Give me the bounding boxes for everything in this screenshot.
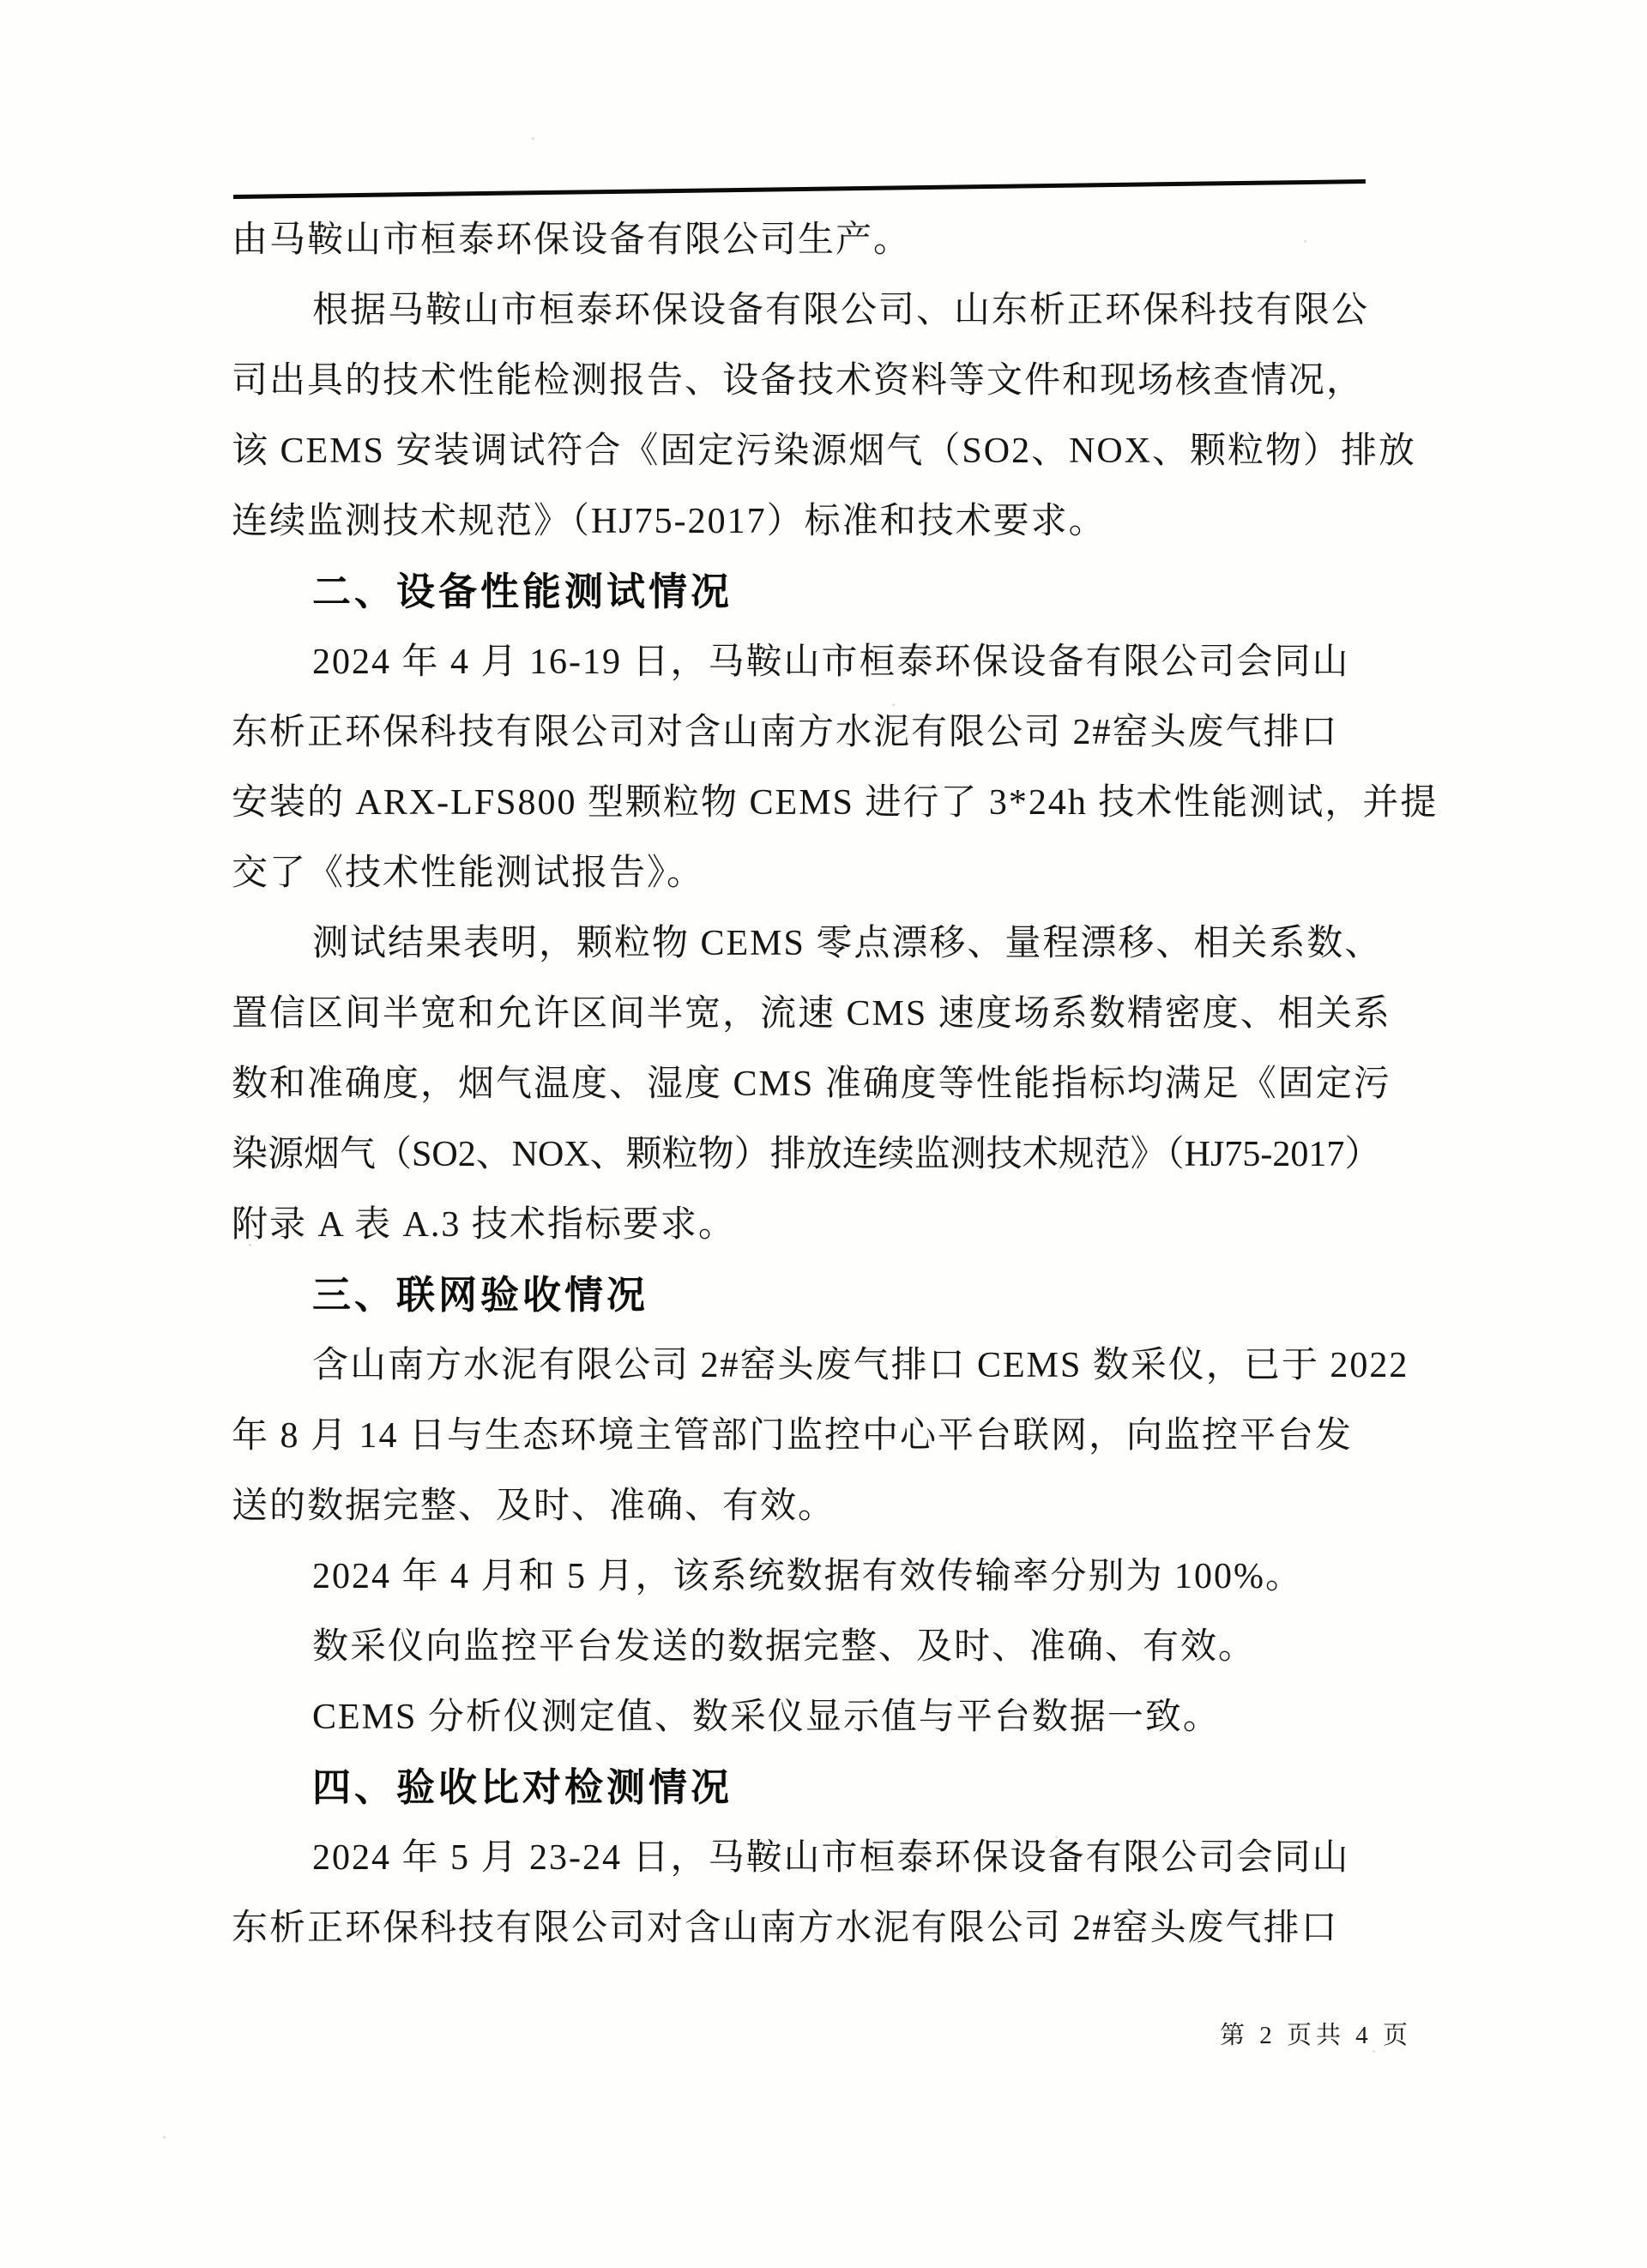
text-line: 数采仪向监控平台发送的数据完整、及时、准确、有效。 [232,1612,1381,1682]
section-heading: 二、设备性能测试情况 [232,557,1381,627]
text-line: 东析正环保科技有限公司对含山南方水泥有限公司 2#窑头废气排口 [232,1893,1381,1963]
section-heading: 三、联网验收情况 [232,1260,1381,1330]
text-line: 测试结果表明，颗粒物 CEMS 零点漂移、量程漂移、相关系数、 [232,908,1381,979]
text-line: 2024 年 5 月 23-24 日，马鞍山市桓泰环保设备有限公司会同山 [232,1823,1381,1893]
document-page: 由马鞍山市桓泰环保设备有限公司生产。根据马鞍山市桓泰环保设备有限公司、山东析正环… [0,0,1647,2268]
text-line: 该 CEMS 安装调试符合《固定污染源烟气（SO2、NOX、颗粒物）排放 [232,416,1381,486]
text-line: 东析正环保科技有限公司对含山南方水泥有限公司 2#窑头废气排口 [232,697,1381,768]
text-line: 交了《技术性能测试报告》。 [232,838,1381,908]
page-number: 第 2 页共 4 页 [1220,2016,1412,2051]
text-line: 送的数据完整、及时、准确、有效。 [232,1471,1381,1541]
text-line: 安装的 ARX-LFS800 型颗粒物 CEMS 进行了 3*24h 技术性能测… [232,768,1381,838]
text-line: 附录 A 表 A.3 技术指标要求。 [232,1190,1381,1260]
text-line: 司出具的技术性能检测报告、设备技术资料等文件和现场核查情况， [232,346,1381,416]
scan-noise [532,137,534,140]
text-line: 连续监测技术规范》（HJ75-2017）标准和技术要求。 [232,486,1381,557]
text-line: 2024 年 4 月和 5 月，该系统数据有效传输率分别为 100%。 [232,1541,1381,1612]
text-line: 年 8 月 14 日与生态环境主管部门监控中心平台联网，向监控平台发 [232,1401,1381,1471]
text-line: 置信区间半宽和允许区间半宽，流速 CMS 速度场系数精密度、相关系 [232,979,1381,1049]
header-rule [233,179,1366,199]
text-line: 数和准确度，烟气温度、湿度 CMS 准确度等性能指标均满足《固定污 [232,1049,1381,1119]
text-line: 2024 年 4 月 16-19 日，马鞍山市桓泰环保设备有限公司会同山 [232,627,1381,697]
text-line: 根据马鞍山市桓泰环保设备有限公司、山东析正环保科技有限公 [232,275,1381,346]
text-line: 含山南方水泥有限公司 2#窑头废气排口 CEMS 数采仪，已于 2022 [232,1330,1381,1401]
text-line: 由马鞍山市桓泰环保设备有限公司生产。 [232,205,1381,275]
text-line: 染源烟气（SO2、NOX、颗粒物）排放连续监测技术规范》（HJ75-2017） [232,1119,1381,1190]
section-heading: 四、验收比对检测情况 [232,1752,1381,1823]
text-line: CEMS 分析仪测定值、数采仪显示值与平台数据一致。 [232,1682,1381,1752]
document-lines: 由马鞍山市桓泰环保设备有限公司生产。根据马鞍山市桓泰环保设备有限公司、山东析正环… [232,205,1381,1963]
